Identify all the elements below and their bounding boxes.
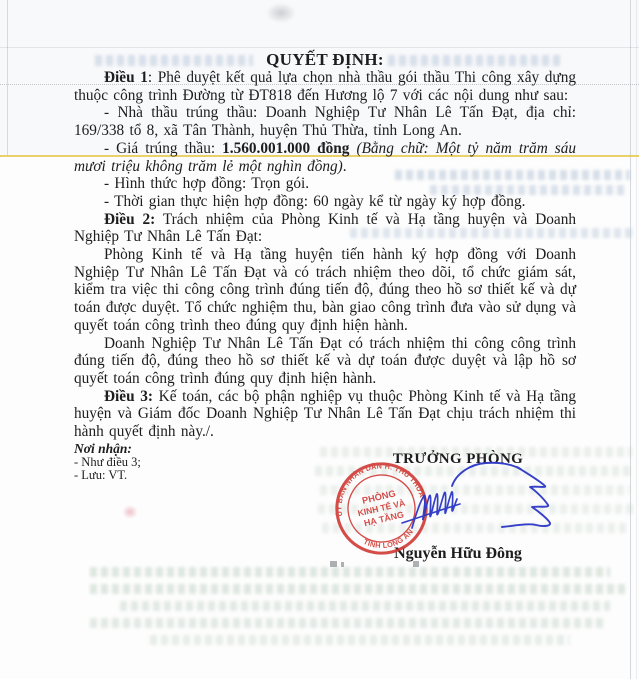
document-body: QUYẾT ĐỊNH: Điều 1: Phê duyệt kết quả lự… xyxy=(74,50,576,483)
bleedthrough-text xyxy=(90,567,610,577)
article-3: Điều 3: Kế toán, các bộ phận nghiệp vụ t… xyxy=(74,388,576,441)
article-1: Điều 1: Phê duyệt kết quả lựa chọn nhà t… xyxy=(74,69,576,104)
bullet-price-prefix: - Giá trúng thầu: xyxy=(104,140,222,157)
article-1-label: Điều 1 xyxy=(104,69,148,86)
bullet-duration: - Thời gian thực hiện hợp đồng: 60 ngày … xyxy=(74,193,576,211)
bullet-price: - Giá trúng thầu: 1.560.001.000 đồng (Bằ… xyxy=(74,140,576,175)
bullet-price-amount: 1.560.001.000 đồng xyxy=(222,140,349,157)
paragraph-department-duty: Phòng Kinh tế và Hạ tầng huyện tiến hành… xyxy=(74,246,576,335)
scan-artifact-top-line xyxy=(0,47,639,48)
article-3-label: Điều 3: xyxy=(104,388,153,405)
scan-pink-smudge xyxy=(122,505,138,519)
scan-smudge xyxy=(266,3,296,23)
document-title: QUYẾT ĐỊNH: xyxy=(74,50,576,69)
article-2: Điều 2: Trách nhiệm của Phòng Kinh tế và… xyxy=(74,211,576,246)
bleedthrough-text xyxy=(150,635,570,645)
bullet-contractor: - Nhà thầu trúng thầu: Doanh Nghiệp Tư N… xyxy=(74,104,576,139)
bullet-price-period: . xyxy=(343,158,347,175)
bullet-contract-type: - Hình thức hợp đồng: Trọn gói. xyxy=(74,175,576,193)
article-1-text: : Phê duyệt kết quả lựa chọn nhà thầu gó… xyxy=(74,69,576,104)
paragraph-company-duty: Doanh Nghiệp Tư Nhân Lê Tấn Đạt có trách… xyxy=(74,335,576,388)
scanned-decision-document: QUYẾT ĐỊNH: Điều 1: Phê duyệt kết quả lự… xyxy=(0,0,639,679)
handwritten-signature xyxy=(398,452,578,537)
signature-flourish-stroke xyxy=(452,463,550,527)
signature-scribble-stroke xyxy=(412,492,457,528)
scan-artifact-right-line-2 xyxy=(636,0,637,679)
bleedthrough-text xyxy=(90,618,605,628)
bleedthrough-text xyxy=(120,601,610,611)
scan-speck xyxy=(341,562,344,567)
article-2-label: Điều 2: xyxy=(104,211,155,228)
scan-artifact-right-line xyxy=(630,0,631,679)
scan-artifact-left-line xyxy=(7,0,8,156)
scan-speck xyxy=(330,561,337,567)
bleedthrough-text xyxy=(90,584,625,594)
